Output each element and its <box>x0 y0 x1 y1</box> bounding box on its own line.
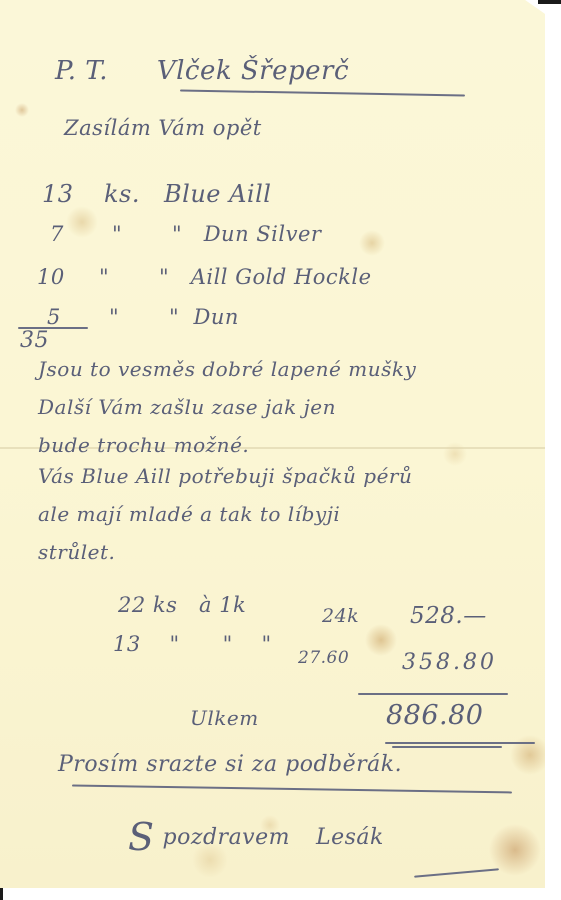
calc-row: 13 " " " <box>113 632 272 656</box>
total-label: Ulkem <box>190 706 259 730</box>
item-qty: 7 <box>50 222 112 246</box>
item-unit: " <box>109 305 169 329</box>
item-qty: 13 <box>42 180 104 208</box>
calc-amount: 528.— <box>410 603 487 629</box>
scan-edge-mark <box>0 888 3 900</box>
calc-unit: ks <box>153 593 178 617</box>
item-row: 5"" Dun <box>47 305 239 329</box>
separator-line <box>72 785 512 793</box>
letter-addressee: P. T. Vlček Šřeperč <box>55 56 349 86</box>
paragraph-line: ale mají mladé a tak to líbyji <box>38 495 412 533</box>
item-row: 10"" Aill Gold Hockle <box>37 265 372 289</box>
salutation: P. T. <box>55 56 108 86</box>
item-unit: " <box>112 222 172 246</box>
calc-unit-price: 24k <box>322 605 359 627</box>
signature-flourish <box>414 868 499 877</box>
addressee-name: Vlček Šřeperč <box>157 56 349 86</box>
closing-line: SpozdravemLesák <box>128 815 384 859</box>
item-ditto: " <box>172 222 182 246</box>
calc-unit-price: 27.60 <box>298 648 349 668</box>
closing-text: pozdravem <box>163 825 290 850</box>
paragraph: Jsou to vesměs dobré lapené mušky Další … <box>38 350 416 464</box>
item-name: Dun Silver <box>204 222 322 246</box>
item-qty: 10 <box>37 265 99 289</box>
item-ditto: " <box>169 305 179 329</box>
calc-rate: " <box>262 632 272 656</box>
paragraph-line: Další Vám zašlu zase jak jen <box>38 388 416 426</box>
closing-initial: S <box>128 815 155 859</box>
calc-unit: " <box>169 632 179 656</box>
item-row: 13ks.Blue Aill <box>42 180 271 208</box>
item-row: 7"" Dun Silver <box>50 222 321 246</box>
item-unit: " <box>99 265 159 289</box>
calc-rate-prefix: " <box>223 632 233 656</box>
paragraph-line: strůlet. <box>38 533 412 571</box>
calc-qty: 13 <box>113 632 141 656</box>
total-amount: 886.80 <box>386 700 483 731</box>
item-name: Dun <box>194 305 239 329</box>
scanned-letter-page: P. T. Vlček Šřeperč Zasílám Vám opět 13k… <box>0 0 561 900</box>
scan-edge-mark <box>538 0 561 4</box>
addressee-underline <box>180 90 465 96</box>
calc-amount: 358.80 <box>402 650 497 675</box>
paragraph: Vás Blue Aill potřebuji špačků pérů ale … <box>38 457 412 571</box>
paragraph-line: Vás Blue Aill potřebuji špačků pérů <box>38 457 412 495</box>
calc-row: 22 ks à 1k <box>118 593 246 617</box>
calc-sum-line <box>358 693 508 695</box>
letter-paper: P. T. Vlček Šřeperč Zasílám Vám opět 13k… <box>0 0 546 889</box>
calc-rate-prefix: à <box>199 593 212 617</box>
item-qty: 5 <box>47 305 109 329</box>
item-name: Blue Aill <box>164 180 271 208</box>
calc-rate: 1k <box>219 593 246 617</box>
item-unit: ks. <box>104 180 164 208</box>
calc-qty: 22 <box>118 593 146 617</box>
total-double-underline <box>392 746 502 748</box>
signature: Lesák <box>316 825 384 850</box>
item-ditto: " <box>159 265 169 289</box>
item-name: Aill Gold Hockle <box>191 265 372 289</box>
total-double-underline <box>385 742 535 744</box>
greeting-line: Zasílám Vám opět <box>64 116 262 140</box>
paragraph-line: Jsou to vesměs dobré lapené mušky <box>38 350 416 388</box>
request-line: Prosím srazte si za podběrák. <box>58 752 402 777</box>
